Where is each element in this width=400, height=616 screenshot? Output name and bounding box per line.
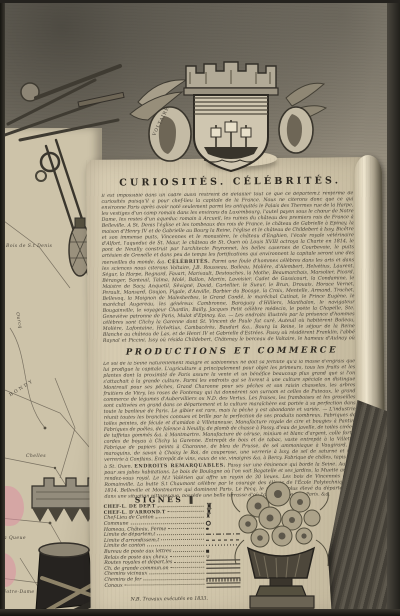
hamlet-dot-icon [206,528,209,531]
map-label-chelles: Chelles [26,454,46,459]
legend-note: N.B. Travaux exécutés en 1833. [131,597,208,603]
mural-crown-icon [184,62,278,95]
celebrites-runin-label: CÉLÉBRITÉS. [168,259,211,265]
city-small-icon: ♜ [206,515,211,521]
urn-vase-icon [248,548,314,616]
horse-relay-icon: ∪ [206,554,210,559]
medallion-right [279,107,313,153]
photographed-map-cartouche: Bois de S.t Denis Ourcq BONDY Chelles la… [0,0,400,616]
endroits-runin-label: ENDROITS REMARQUABLES. [134,463,225,470]
photo-border-right [387,0,400,616]
curiosites-paragraph: Il est impossible dans un cadre aussi re… [101,191,355,344]
curiosites-text: Il est impossible dans un cadre aussi re… [101,191,354,266]
artist-tools-icon [0,28,135,143]
celebrites-text: Parmi une foule d'hommes célèbres dans l… [102,258,355,344]
medallion-voltaire: VOLTAIRE [149,106,191,161]
paris-shield-icon [194,95,268,171]
flower-urn [220,468,345,616]
photo-border-top [0,0,400,3]
commune-circle-icon [206,521,211,526]
productions-text: Le sol de la Seine naturellement maigre … [103,359,356,470]
post-office-square-icon [206,550,209,553]
section-title-productions-commerce: PRODUCTIONS ET COMMERCE [88,345,376,358]
coat-of-arms: VOLTAIRE [128,50,328,190]
photo-border-bottom [0,609,400,616]
monument-icon [189,496,192,504]
photo-border-left [0,0,5,616]
